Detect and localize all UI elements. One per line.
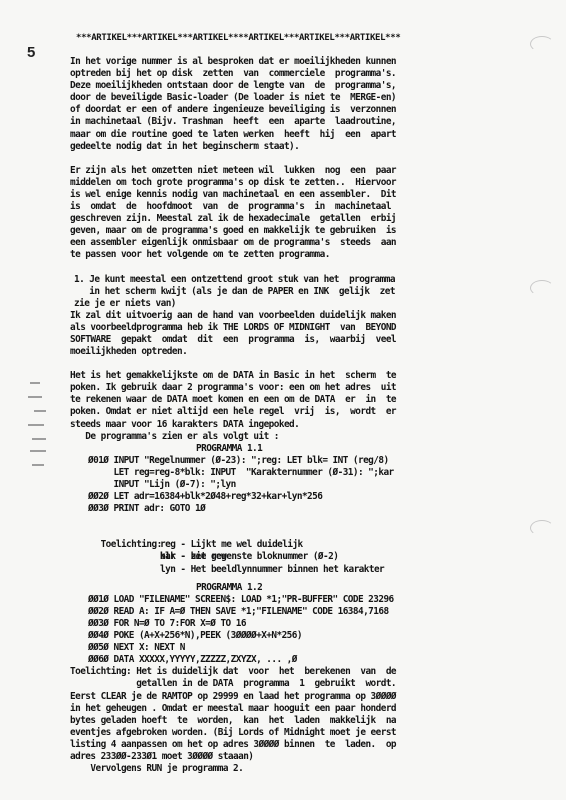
text-line: ØØ3Ø FOR N=Ø TO 7:FOR X=Ø TO 16 <box>88 618 500 630</box>
program-2-title: PROGRAMMA 1.2 <box>70 582 500 594</box>
text-line: ØØ3Ø PRINT adr: GOTO 1Ø <box>88 503 500 515</box>
text-line: Deze moeilijkheden ontstaan door de leng… <box>70 80 500 92</box>
text-line: SOFTWARE gepakt omdat dit een programma … <box>70 334 500 346</box>
article-header-banner: ***ARTIKEL***ARTIKEL***ARTIKEL****ARTIKE… <box>76 33 496 43</box>
text-line: Eerst CLEAR je de RAMTOP op 29999 en laa… <box>70 691 500 703</box>
text-line: eventjes afgebroken worden. (Bij Lords o… <box>70 727 500 739</box>
program-2-listing: ØØ1Ø LOAD "FILENAME" SCREEN$: LOAD *1;"P… <box>70 594 500 667</box>
program-1-listing: Ø01Ø INPUT "Regelnummer (Ø-23): ";reg: L… <box>70 455 500 515</box>
text-line: Ø01Ø INPUT "Regelnummer (Ø-23): ";reg: L… <box>88 455 500 467</box>
text-line: zie je er niets van) <box>74 298 500 310</box>
text-line: Er zijn als het omzetten niet meteen wil… <box>70 165 500 177</box>
text-line: ØØ1Ø LOAD "FILENAME" SCREEN$: LOAD *1;"P… <box>88 594 500 606</box>
text-line: bytes geladen hoeft te worden, kan het l… <box>70 715 500 727</box>
text-line: 1. Je kunt meestal een ontzettend groot … <box>74 274 500 286</box>
text-line: te passen voor het volgende om te zetten… <box>70 249 500 261</box>
text-line: In het vorige nummer is al besproken dat… <box>70 56 500 68</box>
text-line: of doordat er een of andere ingenieuze b… <box>70 104 500 116</box>
text-line: ØØ2Ø READ A: IF A=Ø THEN SAVE *1;"FILENA… <box>88 606 500 618</box>
punch-hole-mark <box>530 36 554 52</box>
text-line: geven, maar om de programma's goed en ma… <box>70 225 500 237</box>
text-line: Vervolgens RUN je programma 2. <box>70 763 500 775</box>
text-line: is omdat de hoofdmoot van de programma's… <box>70 201 500 213</box>
text-line: lyn - Het beeldlynnummer binnen het kara… <box>160 564 500 576</box>
text-line: in het scherm kwijt (als je dan de PAPER… <box>74 286 500 298</box>
punch-hole-mark <box>530 280 554 296</box>
article-body: In het vorige nummer is al besproken dat… <box>70 56 500 775</box>
text-line: ØØ2Ø LET adr=16384+blk*2Ø48+reg*32+kar+l… <box>88 491 500 503</box>
text-line: door de beveiligde Basic-loader (De load… <box>70 92 500 104</box>
text-line: optreden bij het op disk zetten van comm… <box>70 68 500 80</box>
program-1-title: PROGRAMMA 1.1 <box>70 443 500 455</box>
text-line: adres 233ØØ-233Ø1 moet 3ØØØØ staaan) <box>70 751 500 763</box>
text-line: poken. Ik gebruik daar 2 programma's voo… <box>70 382 500 394</box>
intro-paragraph: In het vorige nummer is al besproken dat… <box>70 56 500 153</box>
text-line: gedeelte nodig dat in het beginscherm st… <box>70 141 500 153</box>
text-line: getallen in de DATA programma 1 gebruikt… <box>70 678 500 690</box>
punch-hole-mark <box>530 520 554 536</box>
program-1-notes: Toelichting: blk - het gewenste bloknumm… <box>70 527 500 575</box>
text-line: reg - Lijkt me wel duidelijk <box>160 539 500 551</box>
text-line: is wel enige kennis nodig van machinetaa… <box>70 189 500 201</box>
margin-scan-marks <box>28 330 58 490</box>
text-line: ØØ6Ø DATA XXXXX,YYYYY,ZZZZZ,ZXYZX, ... ,… <box>88 654 500 666</box>
text-line: als voorbeeldprogramma heb ik THE LORDS … <box>70 322 500 334</box>
program-2-notes: Toelichting: Het is duidelijk dat voor h… <box>70 666 500 775</box>
text-line: ØØ4Ø POKE (A+X+256*N),PEEK (3ØØØØ+X+N*25… <box>88 630 500 642</box>
text-line: ØØ5Ø NEXT X: NEXT N <box>88 642 500 654</box>
text-line: steeds maar voor 16 karakters DATA ingep… <box>70 419 500 431</box>
text-line: poken. Omdat er niet altijd een hele reg… <box>70 406 500 418</box>
program-1-notes-label: Toelichting: <box>101 539 162 550</box>
text-line: INPUT "Lijn (Ø-7): ";lyn <box>88 479 500 491</box>
text-line: middelen om toch grote programma's op di… <box>70 177 500 189</box>
text-line: LET reg=reg-8*blk: INPUT "Karakternummer… <box>88 467 500 479</box>
paragraph-4: Het is het gemakkelijkste om de DATA in … <box>70 370 500 443</box>
text-line: De programma's zien er als volgt uit : <box>70 431 500 443</box>
text-line: moeilijkheden optreden. <box>70 346 500 358</box>
text-line: een assembler eigenlijk onmisbaar om de … <box>70 237 500 249</box>
text-line: listing 4 aanpassen om het op adres 3ØØØ… <box>70 739 500 751</box>
paragraph-2: Er zijn als het omzetten niet meteen wil… <box>70 165 500 262</box>
text-line: in machinetaal (Bijv. Trashman heeft een… <box>70 116 500 128</box>
text-line: maar om die routine goed te laten werken… <box>70 129 500 141</box>
text-line: Het is het gemakkelijkste om de DATA in … <box>70 370 500 382</box>
list-item-1: 1. Je kunt meestal een ontzettend groot … <box>70 274 500 310</box>
text-line: Toelichting: Het is duidelijk dat voor h… <box>70 666 500 678</box>
text-line: in het geheugen . Omdat er meestal maar … <box>70 703 500 715</box>
page-number: 5 <box>27 44 35 61</box>
text-line: te rekenen waar de DATA moet komen en ee… <box>70 394 500 406</box>
note-line: blk - het gewenste bloknummer (Ø-2) <box>160 551 338 563</box>
paragraph-3: Ik zal dit uitvoerig aan de hand van voo… <box>70 310 500 358</box>
text-line: Ik zal dit uitvoerig aan de hand van voo… <box>70 310 500 322</box>
text-line: geschreven zijn. Meestal zal ik de hexad… <box>70 213 500 225</box>
